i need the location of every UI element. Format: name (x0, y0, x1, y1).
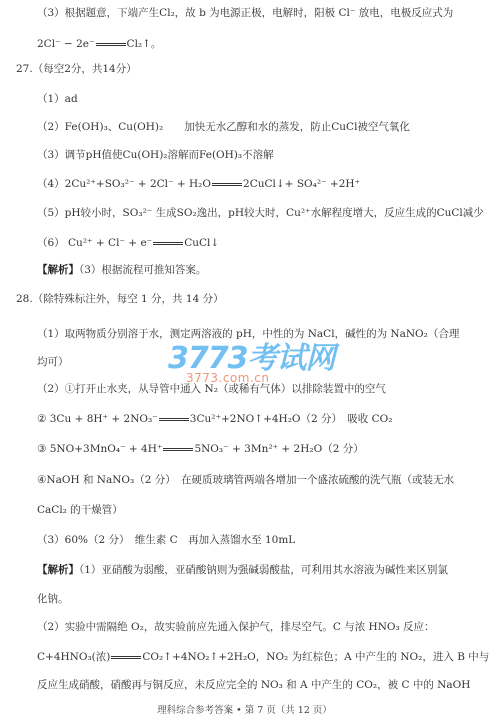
equals-sign (159, 418, 189, 421)
equation-right: CO₂↑+4NO₂↑+2H₂O，NO₂ 为红棕色；A 中产生的 NO₂，进入 B… (142, 651, 489, 663)
question-28-heading: 28.（除特殊标注外，每空 1 分，共 14 分） (16, 292, 224, 306)
analysis-text: （1）亚硝酸为弱酸，亚硝酸钠则为强碱弱酸盐，可利用其水溶液为碱性来区别氯 (79, 564, 448, 576)
equation-left: 2Cl⁻ − 2e⁻ (37, 38, 95, 50)
answer-28-2-3: ③ 5NO+3MnO₄⁻ + 4H⁺5NO₃⁻ + 3Mn²⁺ + 2H₂O（2… (37, 442, 364, 456)
watermark-url: 3773.com.cn (186, 371, 270, 385)
answer-28-2-4-line1: ④NaOH 和 NaNO₃（2 分） 在硬质玻璃管两端各增加一个盛浓硫酸的洗气瓶… (37, 473, 454, 487)
equals-sign (212, 183, 242, 186)
analysis-28-2-line2: C+4HNO₃(浓)CO₂↑+4NO₂↑+2H₂O，NO₂ 为红棕色；A 中产生… (37, 650, 489, 664)
equals-sign (111, 656, 141, 659)
answer-27-1: （1）ad (37, 92, 78, 106)
equation-left: C+4HNO₃(浓) (37, 651, 110, 663)
answer-28-3: （3）60%（2 分） 维生素 C 再加入蒸馏水至 10mL (37, 533, 295, 547)
analysis-28-1-line1: 【解析】（1）亚硝酸为弱酸，亚硝酸钠则为强碱弱酸盐，可利用其水溶液为碱性来区别氯 (37, 563, 448, 577)
equals-sign (163, 448, 193, 451)
answer-28-2-4-line2: CaCl₂ 的干燥管） (37, 503, 123, 517)
analysis-28-2-line1: （2）实验中需隔绝 O₂，故实验前应先通入保护气，排尽空气。C 与浓 HNO₃ … (37, 620, 435, 634)
analysis-27: 【解析】（3）根据流程可推知答案。 (37, 263, 206, 277)
equation-left: （6） Cu²⁺ + Cl⁻ + e⁻ (37, 237, 152, 249)
equation-right: 5NO₃⁻ + 3Mn²⁺ + 2H₂O（2 分） (194, 443, 363, 455)
equation-right: CuCl↓ (184, 237, 219, 249)
answer-27-6: （6） Cu²⁺ + Cl⁻ + e⁻CuCl↓ (37, 236, 219, 250)
equation-right: 3Cu²⁺+2NO↑+4H₂O（2 分） 吸收 CO₂ (190, 413, 393, 425)
equation-left: （4）2Cu²⁺+SO₃²⁻ + 2Cl⁻ + H₂O (37, 178, 211, 190)
answer-27-2: （2）Fe(OH)₃、Cu(OH)₂ 加快无水乙醇和水的蒸发，防止CuCl被空气… (37, 120, 410, 134)
analysis-28-2-line3: 反应生成硝酸，硝酸再与铜反应，未反应完全的 NO₃ 和 A 中产生的 CO₂，被… (37, 678, 470, 692)
analysis-text: （3）根据流程可推知答案。 (79, 264, 206, 276)
analysis-28-1-line2: 化钠。 (37, 592, 69, 606)
question-27-heading: 27.（每空2分，共14分） (16, 62, 137, 76)
answer-26-3-text: （3）根据题意，下端产生Cl₂，故 b 为电源正极，电解时，阳极 Cl⁻ 放电，… (37, 6, 453, 20)
equation-right: 2CuCl↓+ SO₄²⁻ +2H⁺ (243, 178, 360, 190)
answer-27-5: （5）pH较小时，SO₃²⁻ 生成SO₂逸出，pH较大时，Cu²⁺水解程度增大，… (37, 206, 484, 220)
equals-sign (96, 43, 126, 46)
answer-28-1-line2: 均可） (37, 355, 69, 369)
answer-27-4: （4）2Cu²⁺+SO₃²⁻ + 2Cl⁻ + H₂O2CuCl↓+ SO₄²⁻… (37, 177, 360, 191)
equation-left: ③ 5NO+3MnO₄⁻ + 4H⁺ (37, 443, 162, 455)
page-footer: 理科综合参考答案 • 第 7 页（共 12 页） (0, 702, 489, 716)
analysis-tag: 【解析】 (37, 264, 79, 276)
analysis-tag: 【解析】 (37, 564, 79, 576)
answer-28-2-2: ② 3Cu + 8H⁺ + 2NO₃⁻3Cu²⁺+2NO↑+4H₂O（2 分） … (37, 412, 393, 426)
equation-cl2: 2Cl⁻ − 2e⁻Cl₂↑。 (37, 37, 161, 51)
answer-27-3: （3）调节pH值使Cu(OH)₂溶解而Fe(OH)₃不溶解 (37, 148, 274, 162)
equation-right: Cl₂↑。 (127, 38, 162, 50)
equals-sign (153, 242, 183, 245)
equation-left: ② 3Cu + 8H⁺ + 2NO₃⁻ (37, 413, 158, 425)
